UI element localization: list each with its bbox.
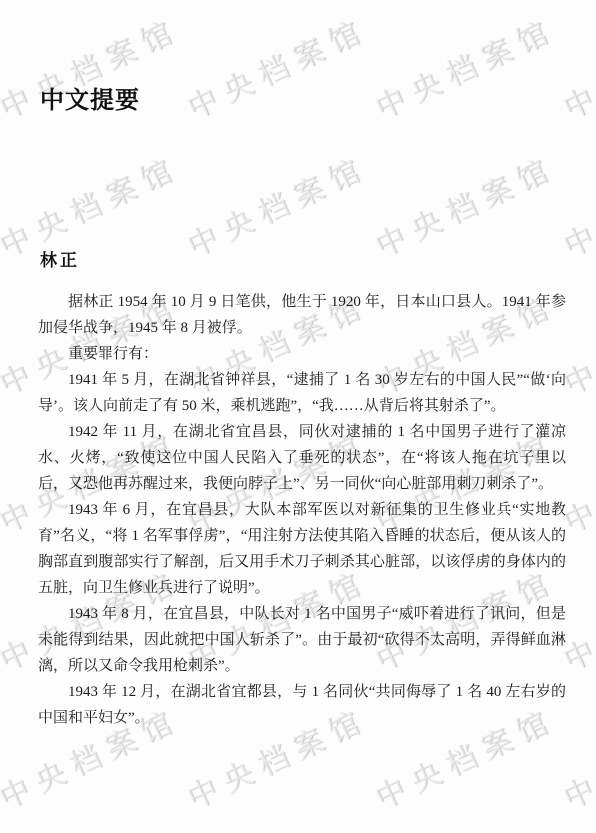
document-body: 据林正 1954 年 10 月 9 日笔供，他生于 1920 年，日本山口县人。… (38, 289, 566, 731)
document-page: 中央档案馆中央档案馆中央档案馆中央档案馆中央档案馆中央档案馆中央档案馆中央档案馆… (0, 0, 596, 833)
paragraph-biography: 据林正 1954 年 10 月 9 日笔供，他生于 1920 年，日本山口县人。… (38, 289, 566, 341)
paragraph-crime-1941-05: 1941 年 5 月，在湖北省钟祥县，“逮捕了 1 名 30 岁左右的中国人民”… (38, 367, 566, 419)
document-content: 中文提要 林正 据林正 1954 年 10 月 9 日笔供，他生于 1920 年… (0, 0, 596, 833)
subject-name: 林正 (40, 246, 80, 271)
paragraph-crime-1943-12: 1943 年 12 月，在湖北省宜都县，与 1 名同伙“共同侮辱了 1 名 40… (38, 679, 566, 731)
paragraph-crime-1943-08: 1943 年 8 月，在宜昌县，中队长对 1 名中国男子“威吓着进行了讯问，但是… (38, 601, 566, 679)
paragraph-crimes-heading: 重要罪行有： (38, 341, 566, 367)
paragraph-crime-1943-06: 1943 年 6 月，在宜昌县，大队本部军医以对新征集的卫生修业兵“实地教育”名… (38, 497, 566, 601)
paragraph-crime-1942-11: 1942 年 11 月，在湖北省宜昌县，同伙对逮捕的 1 名中国男子进行了灌凉水… (38, 419, 566, 497)
page-title: 中文提要 (40, 80, 140, 115)
